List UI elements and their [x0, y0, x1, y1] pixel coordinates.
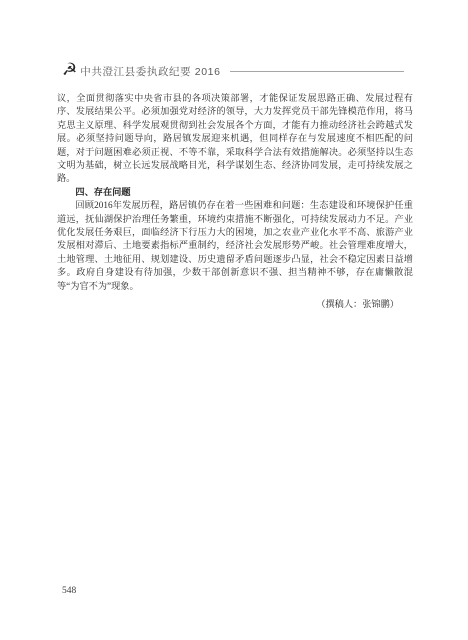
header-rule-divider [230, 71, 404, 72]
party-emblem-icon: ☭ [62, 62, 77, 79]
page-number: 548 [62, 586, 76, 596]
running-header: ☭ 中共澄江县委执政纪要 2016 [62, 62, 404, 80]
document-page: ☭ 中共澄江县委执政纪要 2016 议，全面贯彻落实中央省市县的各项决策部署，才… [0, 0, 468, 640]
header-title: 中共澄江县委执政纪要 2016 [80, 64, 220, 79]
body-text-block: 议，全面贯彻落实中央省市县的各项决策部署，才能保证发展思路正确、发展过程有序、发… [57, 92, 413, 312]
paragraph-problems: 回顾2016年发展历程，路居镇仍存在着一些困难和问题：生态建设和环境保护任重道远… [57, 199, 413, 293]
paragraph-continued: 议，全面贯彻落实中央省市县的各项决策部署，才能保证发展思路正确、发展过程有序、发… [57, 92, 413, 186]
author-attribution: （撰稿人：张锦鹏） [57, 298, 413, 311]
section-heading: 四、存在问题 [57, 186, 413, 199]
